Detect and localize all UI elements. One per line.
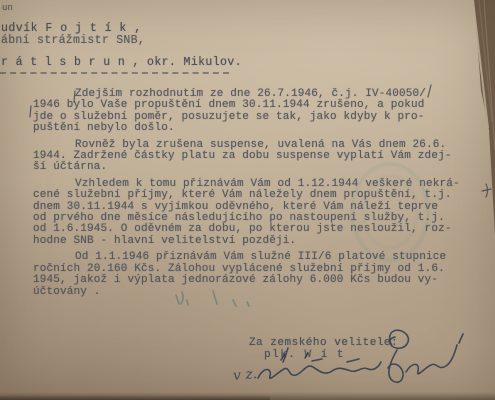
body-line: cené služební příjmy, které Vám náležely… xyxy=(33,190,469,201)
body-line: 1945, jakož i výplata jednorázové zálohy… xyxy=(33,275,469,286)
signature-for-line: Za zemského velitele: xyxy=(249,337,398,349)
bottom-left-shadow xyxy=(0,395,270,400)
paragraph: Zdejším rozhodnutím ze dne 26.7.1946, č.… xyxy=(33,89,469,135)
document-photo: un udvík F o j t í k , ábní strážmistr S… xyxy=(0,0,495,400)
addressee-rank: ábní strážmistr SNB, xyxy=(1,34,145,47)
body-line: ší účtárna. xyxy=(33,162,469,173)
paragraph: Od 1.1.1946 přiznávám Vám služné III/6 p… xyxy=(33,252,469,298)
body-line: hodne SNB - hlavní velitelství později. xyxy=(33,236,469,247)
paper-sheet: un udvík F o j t í k , ábní strážmistr S… xyxy=(0,0,495,400)
corner-text-fragment: un xyxy=(2,3,13,13)
body-line: účtovány . xyxy=(33,287,469,298)
body-line: Od 1.1.1946 přiznávám Vám služné III/6 p… xyxy=(33,252,469,263)
letter-body: Zdejším rozhodnutím ze dne 26.7.1946, č.… xyxy=(33,89,469,303)
separator-line xyxy=(0,72,229,74)
addressee-place: r á t l s b r u n , okr. Mikulov. xyxy=(1,56,242,69)
signature-name-line: plk. W í t xyxy=(264,349,345,361)
body-line: puštění nebylo došlo. xyxy=(33,123,469,134)
handwritten-vz-note: v z. xyxy=(232,366,257,384)
paragraph: Rovněž byla zrušena suspense, uvalená na… xyxy=(33,140,469,174)
paragraph: Vzhledem k tomu přiznávám Vám od 1.12.19… xyxy=(33,179,469,247)
